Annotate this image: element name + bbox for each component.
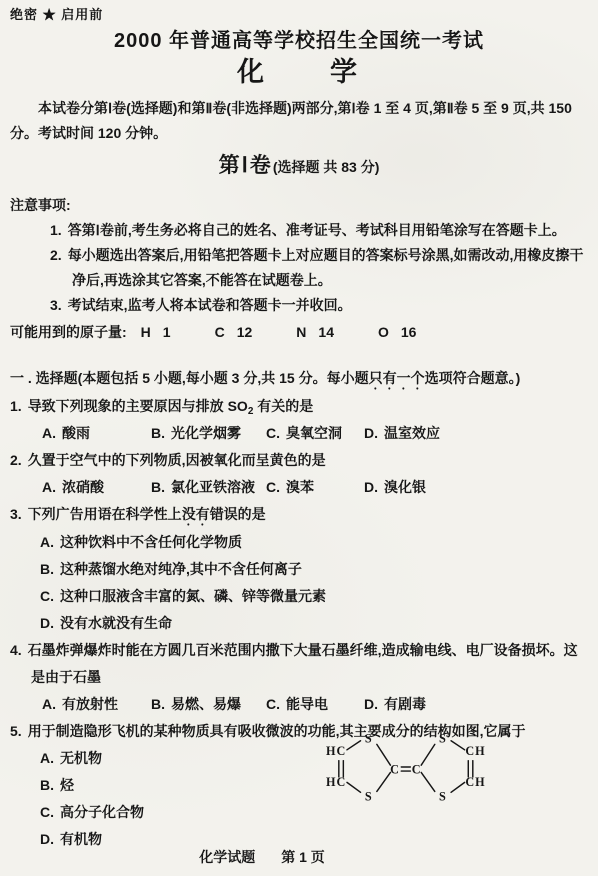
question-text: 下列广告用语在科学性上 [28, 506, 182, 522]
option-label: A. [42, 691, 56, 718]
atom-ch-bottom-right: CH [465, 775, 485, 789]
question-2-text: 2.久置于空气中的下列物质,因被氧化而呈黄色的是 [10, 447, 588, 474]
option-label: B. [151, 691, 165, 718]
question-text: 石墨炸弹爆炸时能在方圆几百米范围内撒下大量石墨纤维,造成输电线、电厂设备损坏。这… [28, 642, 578, 685]
option-c: C.溴苯 [266, 474, 364, 501]
question-3-emphasis: 没有 [182, 506, 210, 522]
option-label: C. [40, 583, 54, 610]
option-a: A.有放射性 [42, 691, 151, 718]
question-number: 1. [10, 398, 22, 414]
question-5-option-c: C.高分子化合物 [40, 799, 588, 826]
option-b: B.氯化亚铁溶液 [151, 474, 266, 501]
question-3-option-a: A.这种饮料中不含任何化学物质 [40, 529, 588, 556]
option-label: D. [364, 420, 378, 447]
question-4-text: 4.石墨炸弹爆炸时能在方圆几百米范围内撒下大量石墨纤维,造成输电线、电厂设备损坏… [10, 637, 588, 691]
option-label: A. [42, 420, 56, 447]
option-label: C. [266, 474, 280, 501]
question-number: 2. [10, 452, 22, 468]
atom-s-bottom-left: S [365, 789, 373, 803]
question-number: 5. [10, 723, 22, 739]
question-5-option-a: A.无机物 [40, 745, 588, 772]
option-label: B. [40, 556, 54, 583]
option-text: 臭氧空洞 [286, 420, 342, 447]
option-text: 温室效应 [384, 420, 440, 447]
option-text: 这种口服液含丰富的氮、磷、锌等微量元素 [60, 583, 326, 610]
atom-s-top-left: S [365, 732, 373, 746]
atom-c-right: C [412, 762, 422, 776]
option-c: C.臭氧空洞 [266, 420, 364, 447]
option-text: 有剧毒 [384, 691, 426, 718]
atomic-mass-item-c: C12 [215, 320, 253, 345]
question-number: 4. [10, 642, 22, 658]
option-text: 溴苯 [286, 474, 314, 501]
option-label: A. [42, 474, 56, 501]
question-3-text: 3.下列广告用语在科学性上没有错误的是 [10, 501, 588, 529]
classification-label: 绝密 ★ 启用前 [10, 6, 588, 24]
element-symbol: O [378, 320, 389, 345]
question-text: 有关的是 [253, 398, 313, 414]
notice-text: 答第Ⅰ卷前,考生务必将自己的姓名、准考证号、考试科目用铅笔涂写在答题卡上。 [68, 222, 566, 238]
notices-block: 注意事项: 1.答第Ⅰ卷前,考生务必将自己的姓名、准考证号、考试科目用铅笔涂写在… [10, 193, 588, 318]
option-label: D. [364, 691, 378, 718]
notice-number: 2. [50, 247, 62, 263]
element-symbol: C [215, 320, 225, 345]
notice-text: 每小题选出答案后,用铅笔把答题卡上对应题目的答案标号涂黑,如需改动,用橡皮擦干净… [68, 247, 584, 288]
option-a: A.浓硝酸 [42, 474, 151, 501]
element-mass: 12 [237, 320, 253, 345]
atomic-mass-item-h: H1 [141, 320, 171, 345]
option-d: D.溴化银 [364, 474, 426, 501]
option-text: 高分子化合物 [60, 799, 144, 826]
option-label: C. [266, 420, 280, 447]
subject-title: 化 学 [10, 56, 588, 88]
page-footer: 化学试题 第 1 页 [199, 848, 325, 866]
option-text: 易燃、易爆 [171, 691, 241, 718]
atomic-mass-item-o: O16 [378, 320, 416, 345]
option-d: D.温室效应 [364, 420, 440, 447]
question-text: 久置于空气中的下列物质,因被氧化而呈黄色的是 [28, 452, 326, 468]
question-3-option-b: B.这种蒸馏水绝对纯净,其中不含任何离子 [40, 556, 588, 583]
option-b: B.光化学烟雾 [151, 420, 266, 447]
option-text: 这种饮料中不含任何化学物质 [60, 529, 242, 556]
option-text: 这种蒸馏水绝对纯净,其中不含任何离子 [60, 556, 302, 583]
atom-ch-top-right: CH [465, 744, 485, 758]
notices-title: 注意事项: [10, 193, 588, 218]
option-text: 光化学烟雾 [171, 420, 241, 447]
option-label: C. [40, 799, 54, 826]
element-symbol: N [296, 320, 306, 345]
exam-paper-page: 绝密 ★ 启用前 2000 年普通高等学校招生全国统一考试 化 学 本试卷分第Ⅰ… [0, 0, 598, 876]
option-c: C.能导电 [266, 691, 364, 718]
part-heading-pre: 一 . 选择题(本题包括 5 小题,每小题 3 分,共 15 分。每小题 [10, 370, 369, 386]
option-b: B.易燃、易爆 [151, 691, 266, 718]
part-one-heading: 一 . 选择题(本题包括 5 小题,每小题 3 分,共 15 分。每小题只有一个… [10, 365, 588, 393]
part-heading-post: 选项符合题意。) [425, 370, 521, 386]
option-text: 没有水就没有生命 [60, 610, 172, 637]
atom-hc-bottom-left: HC [326, 775, 346, 789]
question-4-options: A.有放射性 B.易燃、易爆 C.能导电 D.有剧毒 [42, 691, 588, 718]
bond-lines [339, 741, 473, 793]
option-text: 浓硝酸 [62, 474, 104, 501]
atomic-mass-item-n: N14 [296, 320, 334, 345]
section-one-title: 第Ⅰ卷 [219, 154, 273, 177]
atom-c-left: C [390, 762, 400, 776]
option-text: 有机物 [60, 826, 102, 853]
option-text: 溴化银 [384, 474, 426, 501]
option-label: A. [40, 745, 54, 772]
option-text: 有放射性 [62, 691, 118, 718]
footer-page-number: 第 1 页 [281, 848, 325, 866]
footer-doc-label: 化学试题 [199, 848, 255, 866]
structure-svg: HC HC S S C C S S CH CH [318, 724, 490, 810]
question-3-option-d: D.没有水就没有生命 [40, 610, 588, 637]
option-text: 能导电 [286, 691, 328, 718]
notice-item-1: 1.答第Ⅰ卷前,考生务必将自己的姓名、准考证号、考试科目用铅笔涂写在答题卡上。 [50, 218, 588, 243]
option-label: C. [266, 691, 280, 718]
molecular-structure-diagram: HC HC S S C C S S CH CH [318, 724, 490, 810]
section-one-subtitle: (选择题 共 83 分) [273, 159, 380, 175]
option-d: D.有剧毒 [364, 691, 426, 718]
option-text: 无机物 [60, 745, 102, 772]
atom-s-bottom-right: S [439, 789, 447, 803]
question-3-option-c: C.这种口服液含丰富的氮、磷、锌等微量元素 [40, 583, 588, 610]
exam-title: 2000 年普通高等学校招生全国统一考试 [10, 28, 588, 54]
option-label: D. [40, 610, 54, 637]
option-label: B. [151, 420, 165, 447]
question-4: 4.石墨炸弹爆炸时能在方圆几百米范围内撒下大量石墨纤维,造成输电线、电厂设备损坏… [10, 637, 588, 718]
option-text: 氯化亚铁溶液 [171, 474, 255, 501]
option-a: A.酸雨 [42, 420, 151, 447]
question-1-text: 1.导致下列现象的主要原因与排放 SO2 有关的是 [10, 393, 588, 420]
notice-text: 考试结束,监考人将本试卷和答题卡一并收回。 [68, 297, 352, 313]
notice-number: 1. [50, 222, 62, 238]
intro-paragraph: 本试卷分第Ⅰ卷(选择题)和第Ⅱ卷(非选择题)两部分,第Ⅰ卷 1 至 4 页,第Ⅱ… [10, 96, 588, 146]
notice-item-2: 2.每小题选出答案后,用铅笔把答题卡上对应题目的答案标号涂黑,如需改动,用橡皮擦… [50, 243, 588, 293]
question-1-options: A.酸雨 B.光化学烟雾 C.臭氧空洞 D.温室效应 [42, 420, 588, 447]
question-text: 导致下列现象的主要原因与排放 SO [28, 398, 248, 414]
question-1: 1.导致下列现象的主要原因与排放 SO2 有关的是 A.酸雨 B.光化学烟雾 C… [10, 393, 588, 447]
element-mass: 1 [163, 320, 171, 345]
question-5-option-b: B.烃 [40, 772, 588, 799]
option-label: B. [40, 772, 54, 799]
atomic-mass-label: 可能用到的原子量: [10, 320, 127, 345]
atomic-mass-line: 可能用到的原子量: H1 C12 N14 O16 [10, 320, 588, 345]
option-text: 烃 [60, 772, 74, 799]
option-label: B. [151, 474, 165, 501]
option-label: D. [40, 826, 54, 853]
notice-number: 3. [50, 297, 62, 313]
atom-hc-top-left: HC [326, 744, 346, 758]
question-2: 2.久置于空气中的下列物质,因被氧化而呈黄色的是 A.浓硝酸 B.氯化亚铁溶液 … [10, 447, 588, 501]
question-number: 3. [10, 506, 22, 522]
option-text: 酸雨 [62, 420, 90, 447]
section-one-heading: 第Ⅰ卷(选择题 共 83 分) [10, 150, 588, 183]
atomic-mass-items: H1 C12 N14 O16 [141, 320, 417, 345]
question-5: 5.用于制造隐形飞机的某种物质具有吸收微波的功能,其主要成分的结构如图,它属于 … [10, 718, 588, 853]
part-heading-emphasis: 只有一个 [369, 370, 425, 386]
question-5-text: 5.用于制造隐形飞机的某种物质具有吸收微波的功能,其主要成分的结构如图,它属于 [10, 718, 588, 745]
question-2-options: A.浓硝酸 B.氯化亚铁溶液 C.溴苯 D.溴化银 [42, 474, 588, 501]
option-label: A. [40, 529, 54, 556]
element-mass: 14 [318, 320, 334, 345]
question-text: 错误的是 [210, 506, 266, 522]
notice-item-3: 3.考试结束,监考人将本试卷和答题卡一并收回。 [50, 293, 588, 318]
question-3: 3.下列广告用语在科学性上没有错误的是 A.这种饮料中不含任何化学物质 B.这种… [10, 501, 588, 637]
option-label: D. [364, 474, 378, 501]
element-symbol: H [141, 320, 151, 345]
atom-s-top-right: S [439, 732, 447, 746]
element-mass: 16 [401, 320, 417, 345]
